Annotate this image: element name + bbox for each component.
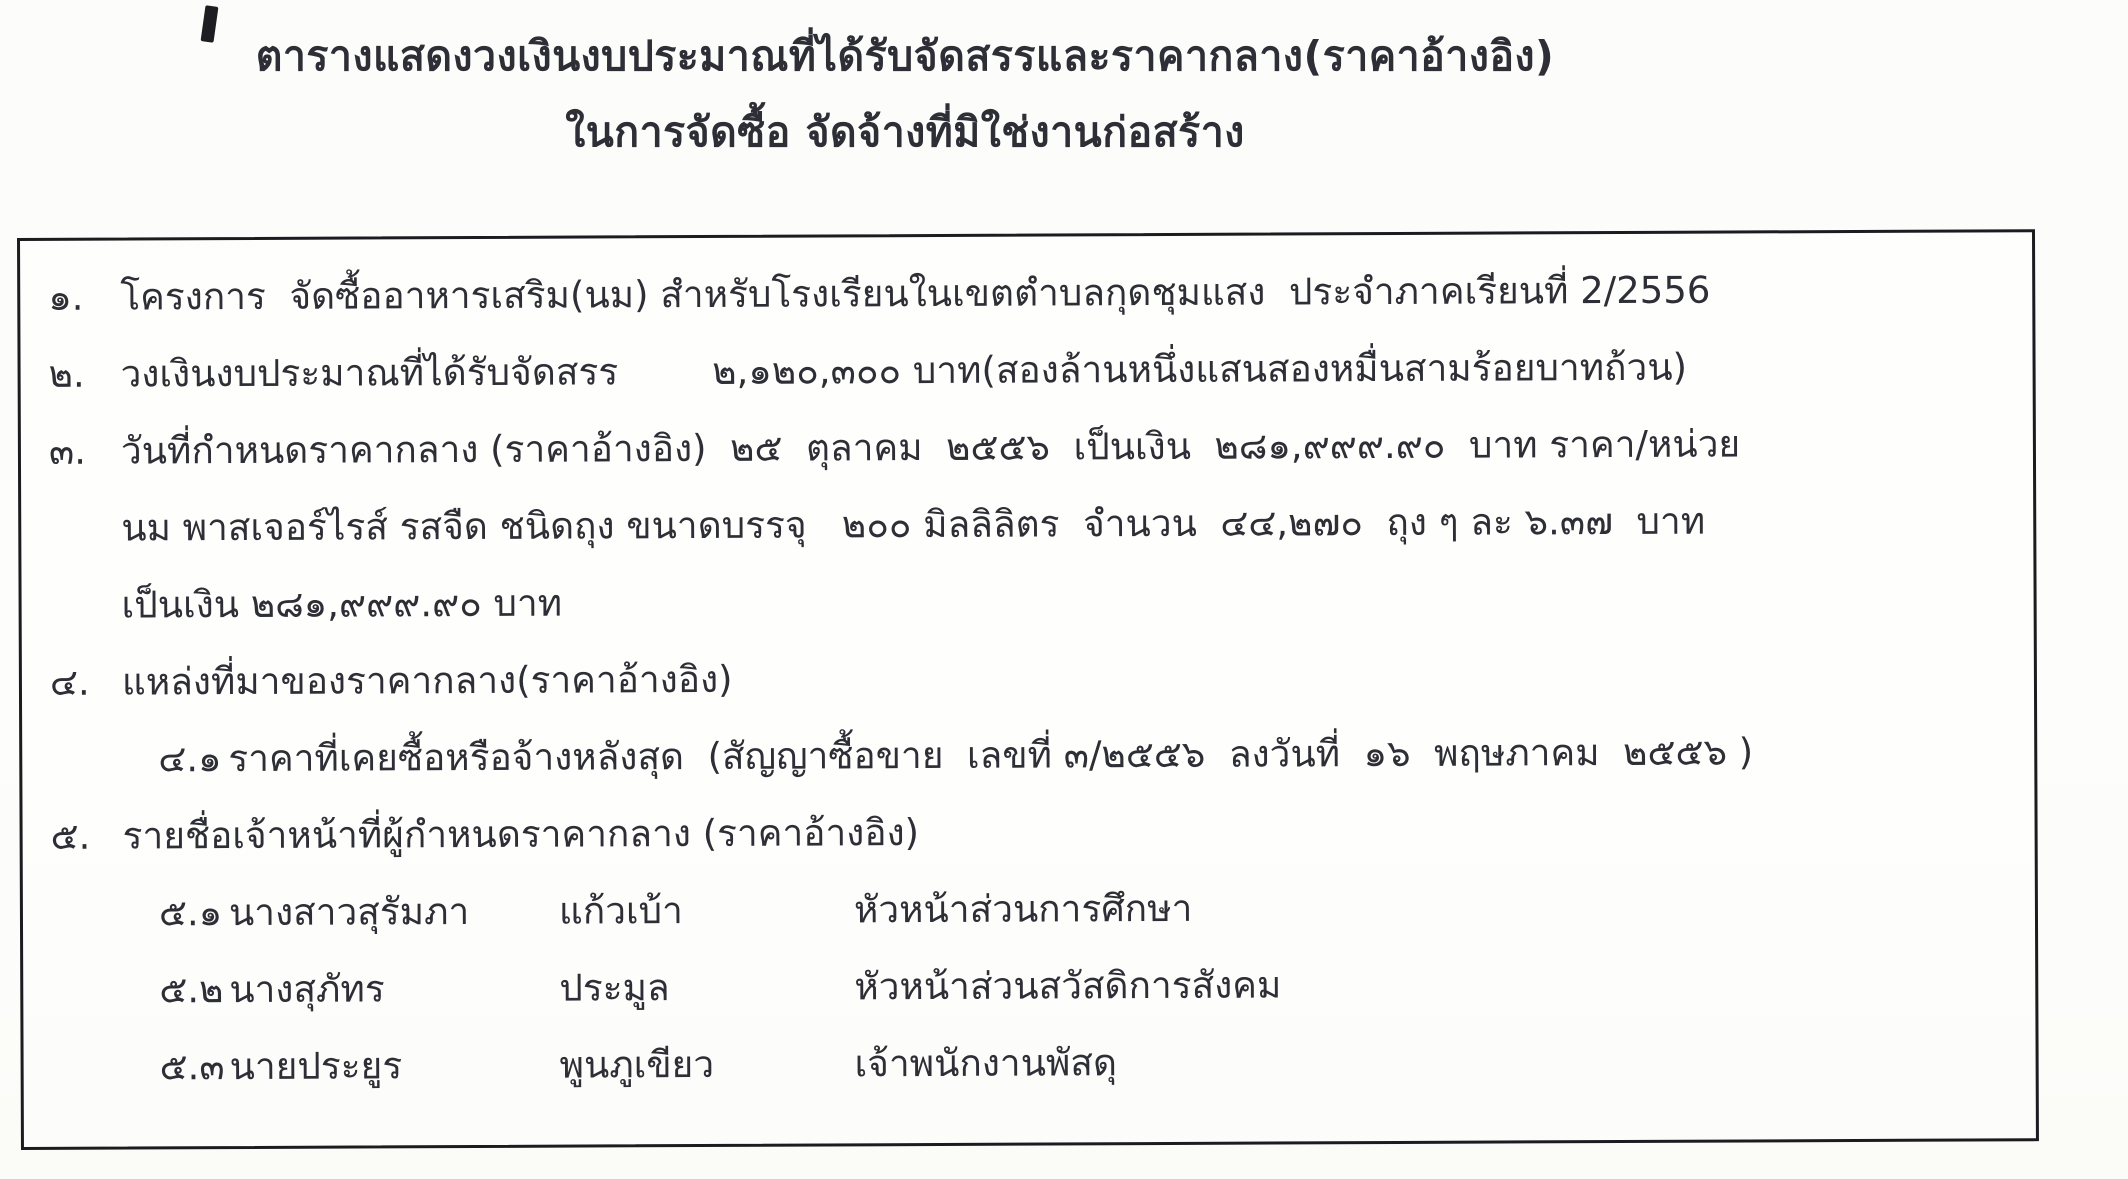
official-position: หัวหน้าส่วนการศึกษา — [854, 866, 2007, 948]
item-number: ๑. — [48, 259, 120, 336]
item-text: วันที่กำหนดราคากลาง (ราคาอ้างอิง) ๒๕ ตุล… — [121, 404, 2005, 489]
document-title-line2: ในการจัดซื้อ จัดจ้างที่มิใช่งานก่อสร้าง — [0, 94, 1810, 170]
official-last-name: ประมูล — [559, 948, 854, 1026]
item-text: วงเงินงบประมาณที่ได้รับจัดสรร ๒,๑๒๐,๓๐๐ … — [120, 327, 2004, 412]
official-row: ๕.๓ นายประยูร พูนภูเขียว เจ้าพนักงานพัสด… — [51, 1020, 2007, 1106]
official-row: ๕.๑ นางสาวสุรัมภา แก้วเบ้า หัวหน้าส่วนกา… — [51, 866, 2007, 952]
official-last-name: แก้วเบ้า — [559, 871, 854, 949]
item-text: ราคาที่เคยซื้อหรือจ้างหลังสุด (สัญญาซื้อ… — [228, 712, 2006, 797]
official-number: ๕.๓ — [159, 1028, 229, 1105]
document-page: ตารางแสดงวงเงินงบประมาณที่ได้รับจัดสรรแล… — [0, 0, 2128, 1179]
doc-line-project: ๑. โครงการ จัดซื้ออาหารเสริม(นม) สำหรับโ… — [48, 250, 2004, 336]
item-text: โครงการ จัดซื้ออาหารเสริม(นม) สำหรับโรงเ… — [120, 250, 2004, 335]
official-last-name: พูนภูเขียว — [559, 1025, 854, 1103]
official-first-name: นางสาวสุรัมภา — [229, 873, 559, 951]
item-number: ๔. — [50, 644, 122, 721]
content-box: ๑. โครงการ จัดซื้ออาหารเสริม(นม) สำหรับโ… — [17, 229, 2039, 1150]
doc-line-price-date: ๓. วันที่กำหนดราคากลาง (ราคาอ้างอิง) ๒๕ … — [49, 404, 2005, 490]
doc-line-total-amount: เป็นเงิน ๒๘๑,๙๙๙.๙๐ บาท — [49, 558, 2005, 644]
doc-line-budget: ๒. วงเงินงบประมาณที่ได้รับจัดสรร ๒,๑๒๐,๓… — [48, 327, 2004, 413]
item-number: ๕. — [50, 798, 122, 875]
doc-line-officials-header: ๕. รายชื่อเจ้าหน้าที่ผู้กำหนดราคากลาง (ร… — [50, 789, 2006, 875]
official-position: เจ้าพนักงานพัสดุ — [854, 1020, 2007, 1102]
item-number: ๒. — [48, 336, 120, 413]
document-title-line1: ตารางแสดงวงเงินงบประมาณที่ได้รับจัดสรรแล… — [0, 18, 1810, 94]
document-header: ตารางแสดงวงเงินงบประมาณที่ได้รับจัดสรรแล… — [0, 18, 1810, 170]
item-number: ๓. — [49, 413, 121, 490]
doc-line-last-contract: ๔.๑ ราคาที่เคยซื้อหรือจ้างหลังสุด (สัญญา… — [50, 712, 2006, 798]
item-text: รายชื่อเจ้าหน้าที่ผู้กำหนดราคากลาง (ราคา… — [122, 789, 2006, 874]
official-number: ๕.๑ — [159, 874, 229, 951]
official-number: ๕.๒ — [159, 951, 229, 1028]
item-text: แหล่งที่มาของราคากลาง(ราคาอ้างอิง) — [122, 635, 2006, 720]
item-text: นม พาสเจอร์ไรส์ รสจืด ชนิดถุง ขนาดบรรจุ … — [121, 481, 2005, 566]
official-position: หัวหน้าส่วนสวัสดิการสังคม — [854, 943, 2007, 1025]
doc-line-milk-detail: นม พาสเจอร์ไรส์ รสจืด ชนิดถุง ขนาดบรรจุ … — [49, 481, 2005, 567]
official-first-name: นายประยูร — [229, 1027, 559, 1105]
official-row: ๕.๒ นางสุภัทร ประมูล หัวหน้าส่วนสวัสดิกา… — [51, 943, 2007, 1029]
item-text: เป็นเงิน ๒๘๑,๙๙๙.๙๐ บาท — [121, 558, 2005, 643]
item-number: ๔.๑ — [158, 720, 228, 797]
doc-line-price-source: ๔. แหล่งที่มาของราคากลาง(ราคาอ้างอิง) — [50, 635, 2006, 721]
official-first-name: นางสุภัทร — [229, 950, 559, 1028]
